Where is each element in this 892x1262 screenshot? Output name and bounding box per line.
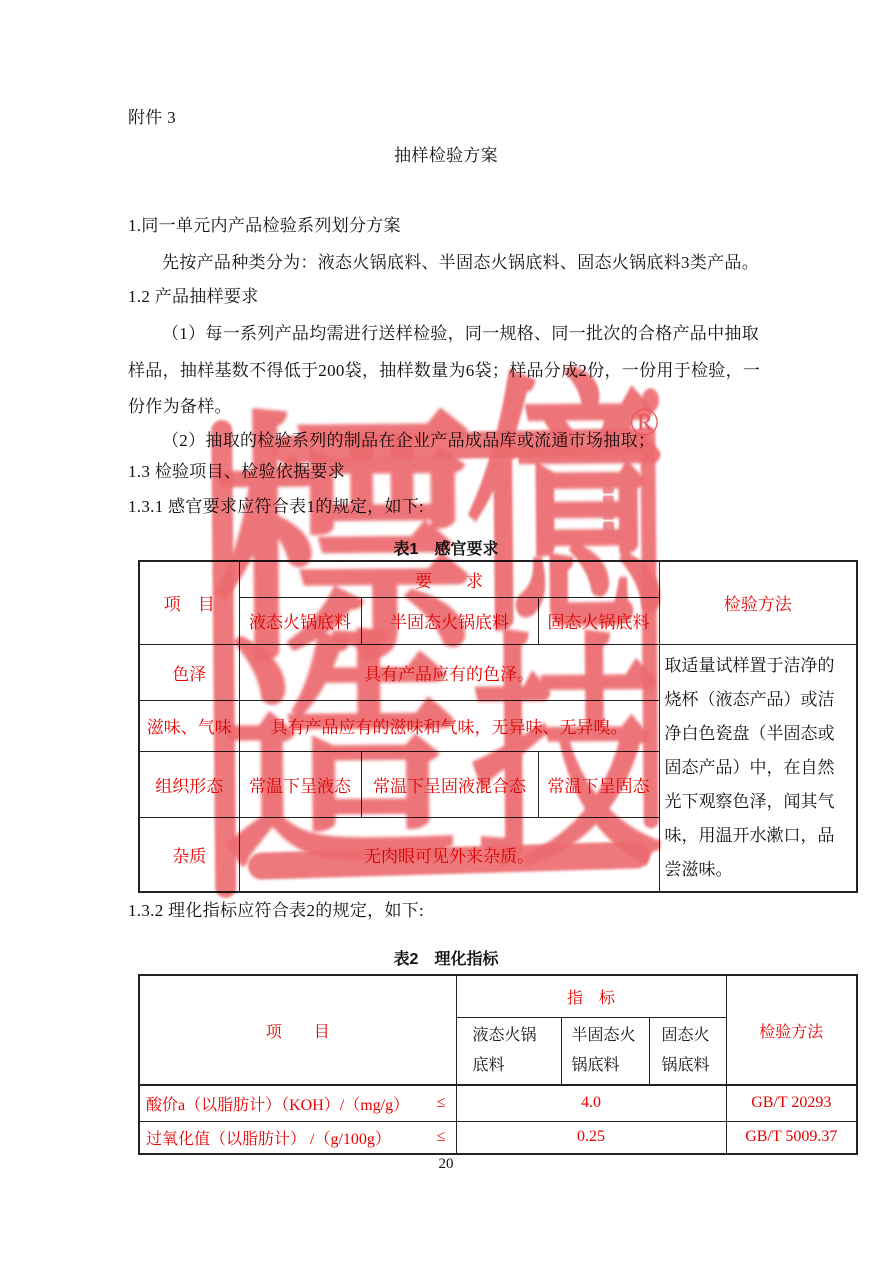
section-1-2-item1-line3: 份作为备样。	[128, 397, 788, 417]
section-1-paragraph: 先按产品种类分为：液态火锅底料、半固态火锅底料、固态火锅底料3类产品。	[128, 253, 788, 273]
section-1-heading: 1.同一单元内产品检验系列划分方案	[128, 216, 788, 236]
table1-row-form-semisolid: 常温下呈固液混合态	[361, 751, 538, 817]
section-1-3-1-heading: 1.3.1 感官要求应符合表1的规定，如下:	[128, 497, 788, 517]
physicochemical-indicators-table: 项 目 指 标 检验方法 液态火锅底料 半固态火锅底料 固态火锅底料 酸价a（以…	[138, 974, 858, 1155]
table2-header-item: 项 目	[139, 975, 456, 1085]
attachment-label: 附件 3	[128, 108, 788, 128]
table2-header-method: 检验方法	[726, 975, 857, 1085]
peroxide-value-limit: 0.25	[456, 1121, 726, 1154]
acid-value-le-symbol: ≤	[437, 1094, 446, 1112]
document-page: 附件 3 抽样检验方案 1.同一单元内产品检验系列划分方案 先按产品种类分为：液…	[0, 0, 892, 1262]
table1-subheader-solid: 固态火锅底料	[538, 597, 659, 644]
peroxide-value-label: 过氧化值（以脂肪计） /（g/100g）	[146, 1126, 391, 1149]
table1-header-method: 检验方法	[659, 561, 857, 644]
page-title: 抽样检验方案	[0, 146, 892, 166]
table1-row-form-label: 组织形态	[139, 751, 239, 817]
table1-header-requirement: 要 求	[239, 561, 659, 597]
table1-row-color-requirement: 具有产品应有的色泽。	[239, 644, 659, 700]
section-1-2-item1-line2: 样品，抽样基数不得低于200袋，抽样数量为6袋；样品分成2份，一份用于检验，一	[128, 361, 788, 381]
acid-value-method: GB/T 20293	[726, 1085, 857, 1121]
watermark-seal-mark-1	[603, 483, 614, 494]
section-1-3-heading: 1.3 检验项目、检验依据要求	[128, 462, 788, 482]
table1-row-impurity-label: 杂质	[139, 818, 239, 892]
table2-row-acid-item: 酸价a（以脂肪计）（KOH）/（mg/g） ≤	[139, 1085, 456, 1121]
table2-row-peroxide-item: 过氧化值（以脂肪计） /（g/100g） ≤	[139, 1121, 456, 1154]
table2-caption: 表2 理化指标	[0, 946, 892, 969]
table1-row-taste-requirement: 具有产品应有的滋味和气味，无异味、无异嗅。	[239, 700, 659, 751]
sensory-requirements-table: 项 目 要 求 检验方法 液态火锅底料 半固态火锅底料 固态火锅底料 色泽 具有…	[138, 560, 858, 893]
watermark-seal-mark-4	[603, 522, 614, 533]
table1-subheader-semisolid: 半固态火锅底料	[361, 597, 538, 644]
table1-row-form-solid: 常温下呈固态	[538, 751, 659, 817]
table1-row-taste-label: 滋味、气味	[139, 700, 239, 751]
section-1-2-item2: （2）抽取的检验系列的制品在企业产品成品库或流通市场抽取；	[128, 431, 788, 451]
table2-subheader-semisolid: 半固态火锅底料	[561, 1017, 649, 1085]
section-1-2-heading: 1.2 产品抽样要求	[128, 287, 788, 307]
peroxide-value-le-symbol: ≤	[437, 1128, 446, 1146]
table1-caption: 表1 感官要求	[0, 536, 892, 559]
table2-header-indicator: 指 标	[456, 975, 726, 1017]
table1-row-impurity-requirement: 无肉眼可见外来杂质。	[239, 818, 659, 892]
section-1-2-item1-line1: （1）每一系列产品均需进行送样检验，同一规格、同一批次的合格产品中抽取	[128, 324, 788, 344]
acid-value-label: 酸价a（以脂肪计）（KOH）/（mg/g）	[146, 1092, 409, 1115]
table2-subheader-liquid: 液态火锅底料	[456, 1017, 561, 1085]
table1-method-text: 取适量试样置于洁净的烧杯（液态产品）或洁净白色瓷盘（半固态或固态产品）中，在自然…	[659, 644, 857, 892]
table1-row-form-liquid: 常温下呈液态	[239, 751, 361, 817]
table1-header-item: 项 目	[139, 561, 239, 644]
table1-row-color-label: 色泽	[139, 644, 239, 700]
table2-subheader-solid: 固态火锅底料	[649, 1017, 726, 1085]
page-number: 20	[0, 1156, 892, 1173]
section-1-3-2-heading: 1.3.2 理化指标应符合表2的规定，如下:	[128, 901, 788, 921]
acid-value-limit: 4.0	[456, 1085, 726, 1121]
peroxide-value-method: GB/T 5009.37	[726, 1121, 857, 1154]
table1-subheader-liquid: 液态火锅底料	[239, 597, 361, 644]
